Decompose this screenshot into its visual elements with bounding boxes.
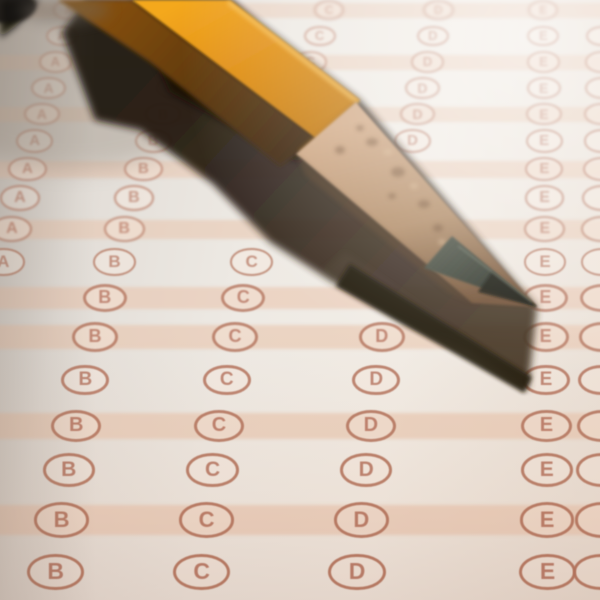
- scantron-pencil-photo: AAAAAAAAAABBBBBBBBBBBBBBBCCCCCCCCCCCDDDD…: [0, 0, 600, 600]
- pencil-and-shadow-layer: [0, 0, 600, 600]
